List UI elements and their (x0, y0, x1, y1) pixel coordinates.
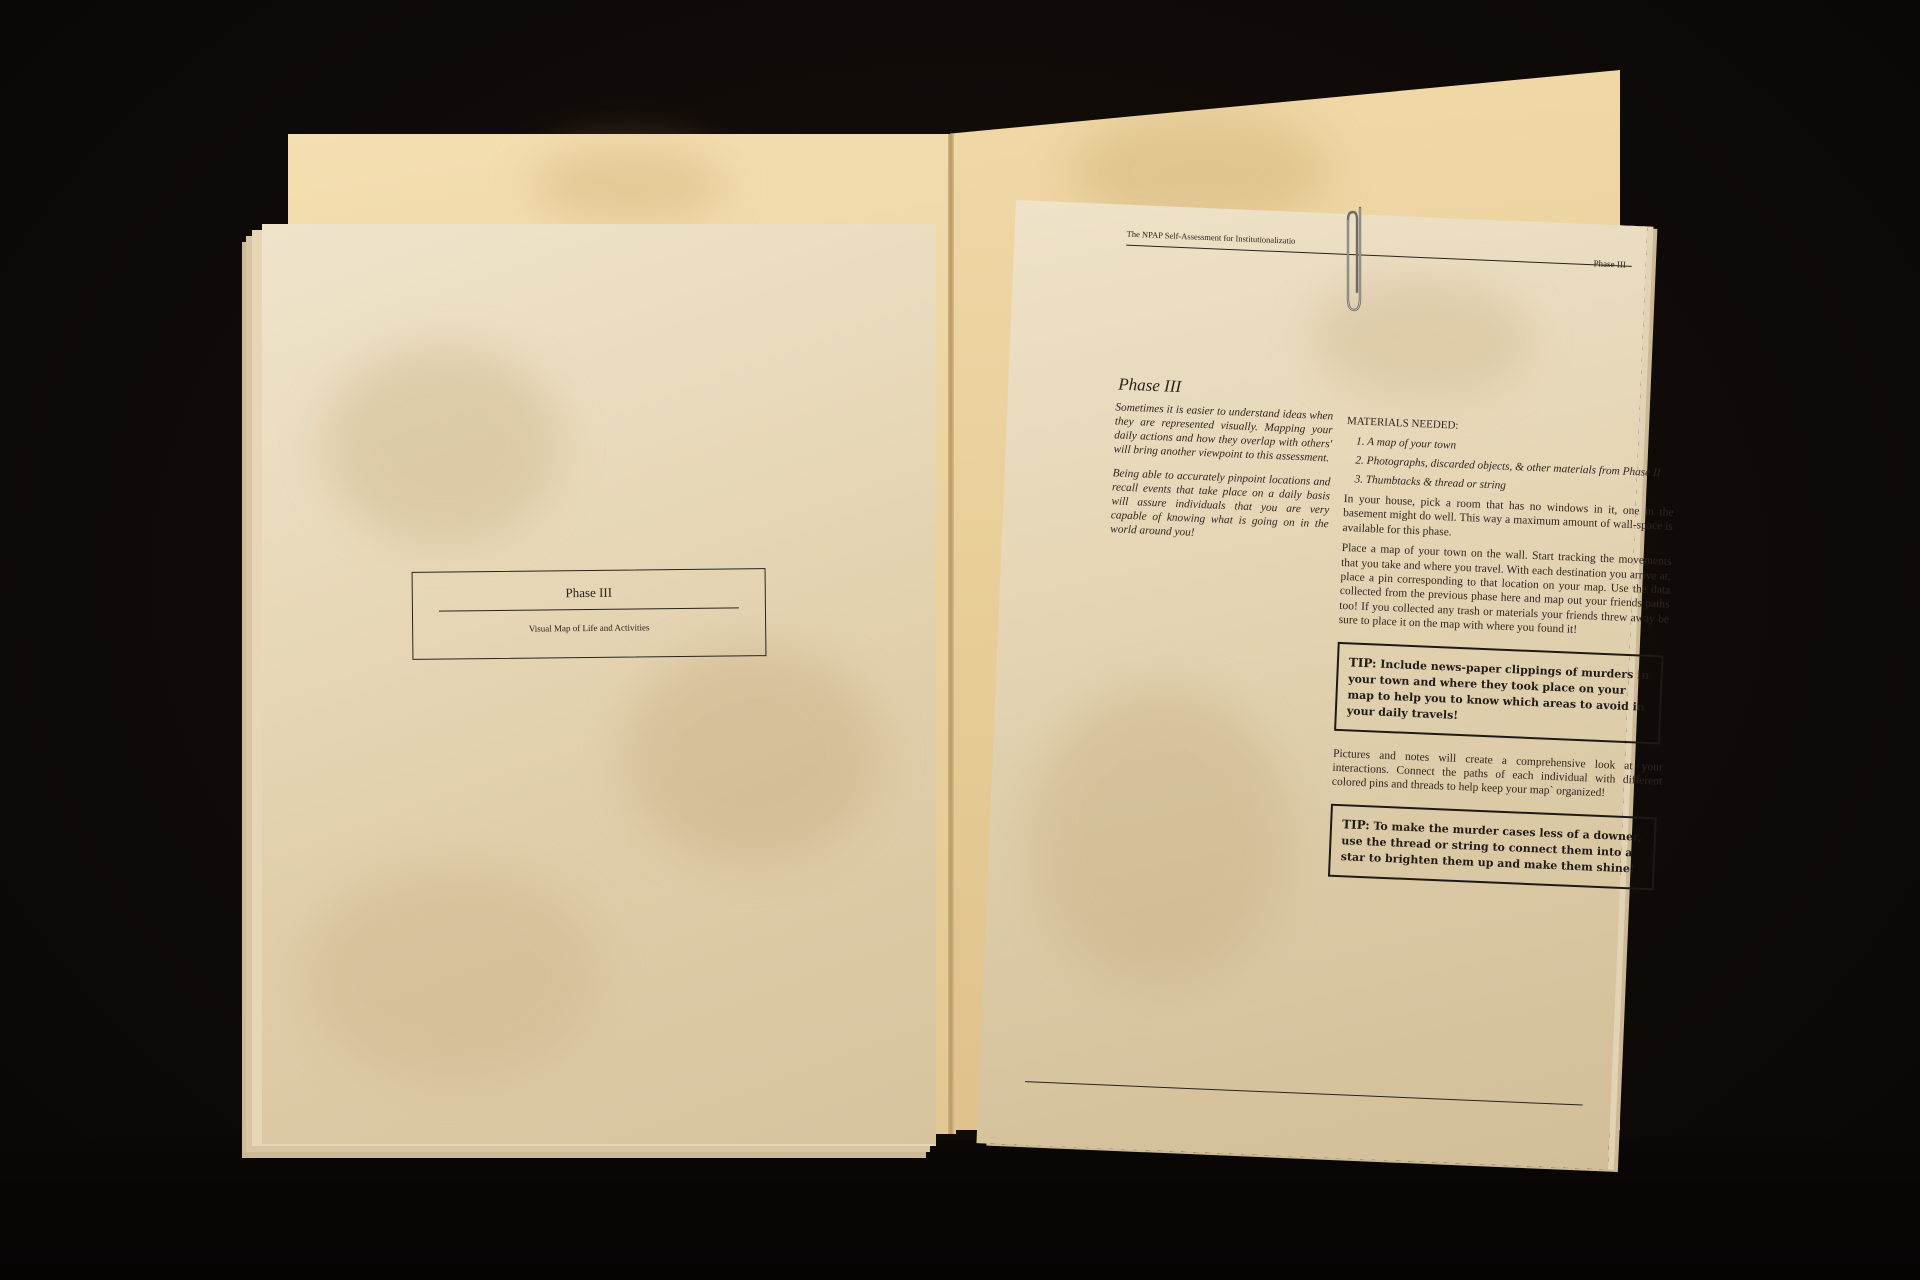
stain (1308, 273, 1533, 402)
footer-rule (1025, 1081, 1583, 1105)
right-content-page[interactable]: The NPAP Self-Assessment for Institution… (976, 200, 1647, 1170)
cover-title: Phase III (413, 583, 765, 603)
materials-list: 1. A map of your town 2. Photographs, di… (1344, 434, 1676, 500)
closing-paragraph: Pictures and notes will create a compreh… (1332, 746, 1664, 803)
header-rule (1126, 245, 1632, 267)
left-cover-page[interactable]: Phase III Visual Map of Life and Activit… (262, 224, 936, 1144)
tip-text: To make the murder cases less of a downe… (1341, 819, 1643, 875)
stain (622, 644, 882, 864)
running-header-title: The NPAP Self-Assessment for Institution… (1126, 229, 1295, 246)
tip-label: TIP: (1342, 817, 1370, 832)
tip-label: TIP: (1349, 655, 1377, 670)
section-heading: Phase III (1118, 374, 1182, 397)
table-surface (0, 1140, 1920, 1280)
folder-spine (948, 134, 954, 1134)
tip-text: Include news-paper clippings of murders … (1347, 657, 1650, 721)
intro-paragraph: Being able to accurately pinpoint locati… (1110, 466, 1331, 545)
instructions-column: MATERIALS NEEDED: 1. A map of your town … (1327, 414, 1677, 906)
body-paragraph: In your house, pick a room that has no w… (1342, 492, 1674, 549)
cover-divider (439, 607, 739, 611)
stain (528, 144, 728, 224)
tip-box-star: TIP: To make the murder cases less of a … (1328, 804, 1657, 891)
tip-box-murders: TIP: Include news-paper clippings of mur… (1334, 642, 1663, 745)
intro-column: Sometimes it is easier to understand ide… (1110, 400, 1334, 555)
cover-subtitle: Visual Map of Life and Activities (413, 621, 765, 635)
cover-title-box: Phase III Visual Map of Life and Activit… (412, 568, 767, 660)
body-paragraph: Place a map of your town on the wall. St… (1338, 541, 1671, 641)
intro-paragraph: Sometimes it is easier to understand ide… (1113, 400, 1333, 465)
stain (302, 864, 602, 1084)
stain (322, 344, 562, 544)
stain (1023, 681, 1295, 992)
paperclip-icon (1345, 206, 1367, 316)
